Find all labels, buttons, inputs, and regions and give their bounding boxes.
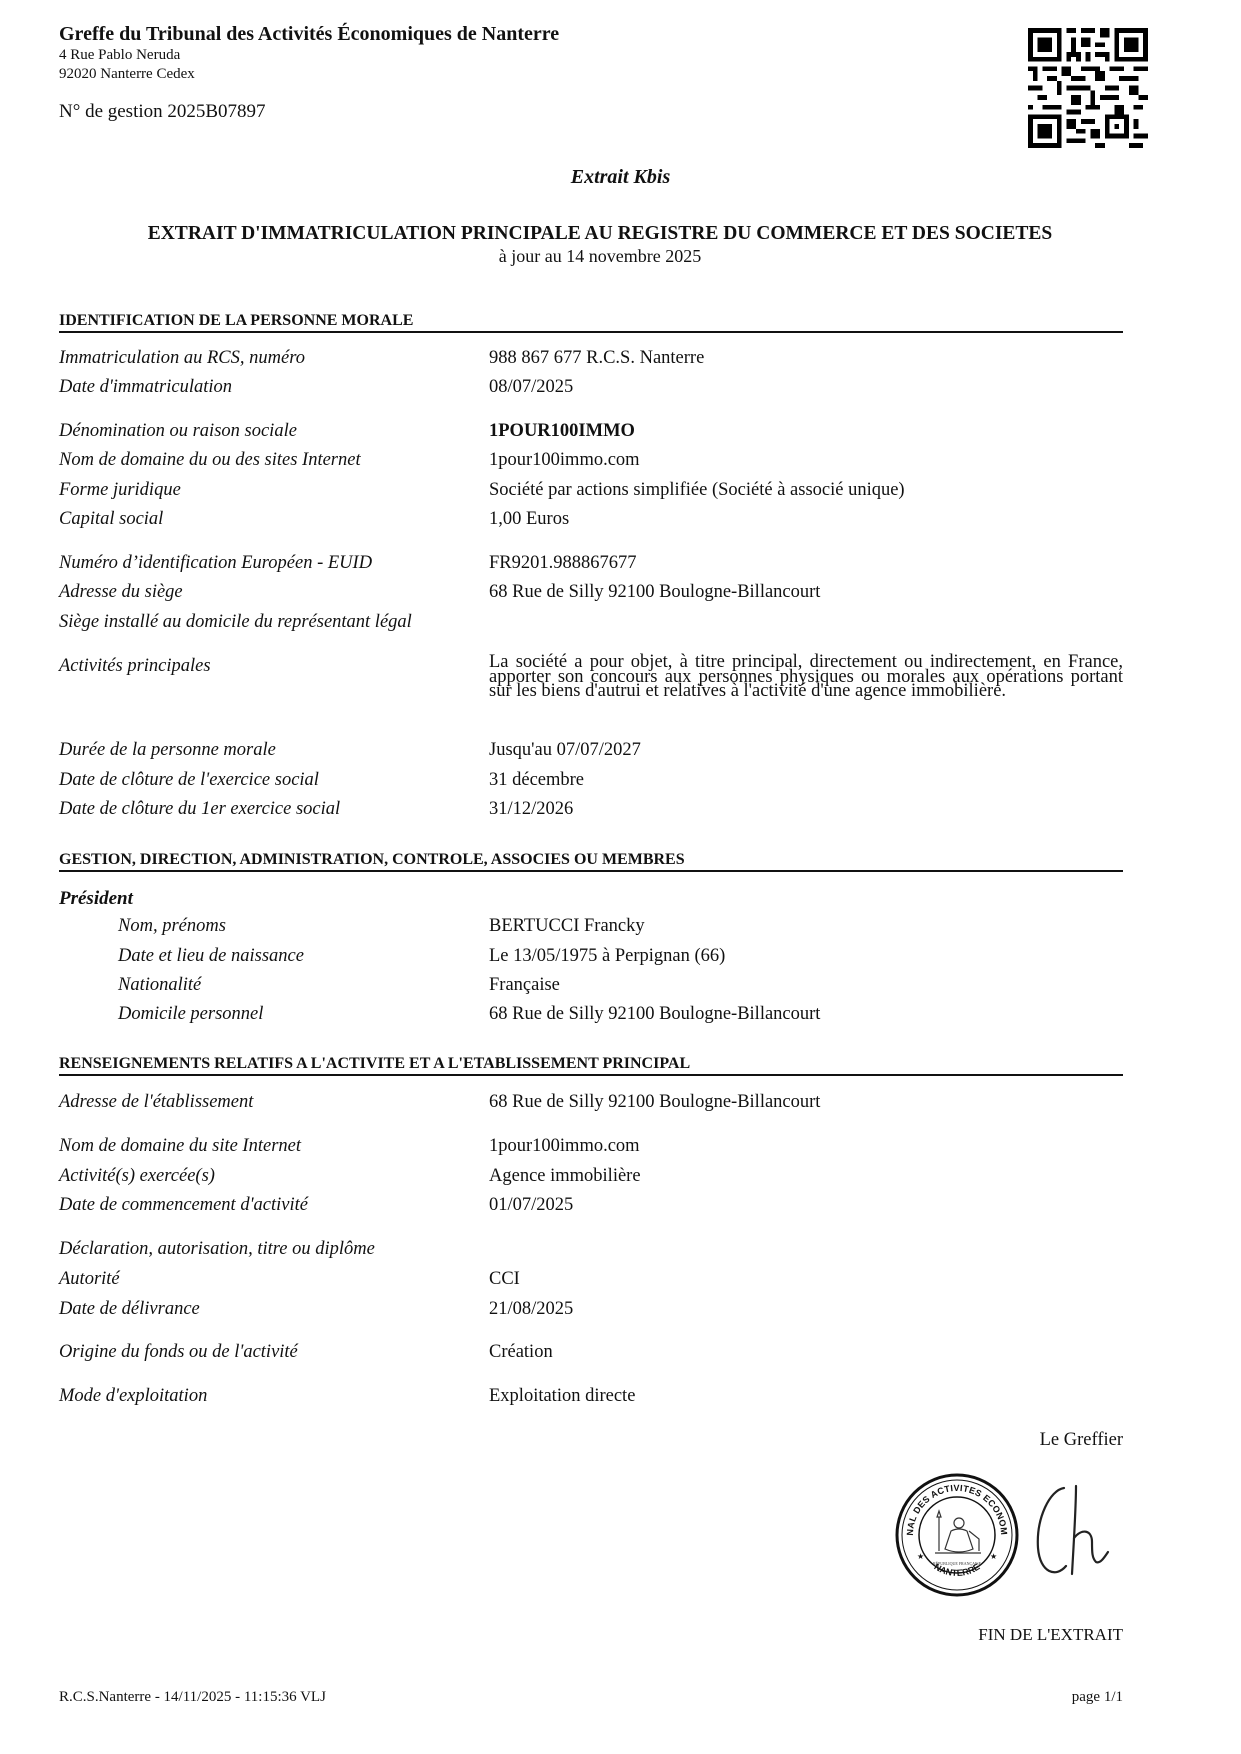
court-name: Greffe du Tribunal des Activités Économi… [59,24,559,44]
label-duration: Durée de la personne morale [59,741,276,760]
label-personal-address: Domicile personnel [118,1005,263,1024]
value-rcs-number: 988 867 677 R.C.S. Nanterre [489,349,704,368]
signature-icon [1030,1478,1120,1588]
value-fiscal-year-end: 31 décembre [489,771,584,790]
label-origin: Origine du fonds ou de l'activité [59,1343,298,1362]
section-heading-management: GESTION, DIRECTION, ADMINISTRATION, CONT… [59,852,1123,872]
label-domain-names: Nom de domaine du ou des sites Internet [59,451,361,470]
label-issue-date: Date de délivrance [59,1300,200,1319]
label-website-domain: Nom de domaine du site Internet [59,1137,301,1156]
court-address-line2: 92020 Nanterre Cedex [59,67,195,82]
value-euid: FR9201.988867677 [489,554,637,573]
value-head-office-address: 68 Rue de Silly 92100 Boulogne-Billancou… [489,583,820,602]
value-full-name: BERTUCCI Francky [489,917,645,936]
value-authority: CCI [489,1270,520,1289]
label-declaration: Déclaration, autorisation, titre ou dipl… [59,1240,375,1259]
value-issue-date: 21/08/2025 [489,1300,573,1319]
value-website-domain: 1pour100immo.com [489,1137,640,1156]
value-duration: Jusqu'au 07/07/2027 [489,741,641,760]
label-start-date: Date de commencement d'activité [59,1196,308,1215]
label-establishment-address: Adresse de l'établissement [59,1093,253,1112]
label-head-office-at-representative-home: Siège installé au domicile du représenta… [59,613,412,632]
value-nationality: Française [489,976,560,995]
label-full-name: Nom, prénoms [118,917,226,936]
update-date: à jour au 14 novembre 2025 [0,247,1200,265]
label-birth: Date et lieu de naissance [118,947,304,966]
value-birth: Le 13/05/1975 à Perpignan (66) [489,947,725,966]
label-activities-performed: Activité(s) exercée(s) [59,1167,215,1186]
signatory-title: Le Greffier [1040,1431,1123,1450]
value-registration-date: 08/07/2025 [489,378,573,397]
value-start-date: 01/07/2025 [489,1196,573,1215]
end-of-extract: FIN DE L'EXTRAIT [978,1626,1123,1643]
label-operating-mode: Mode d'exploitation [59,1387,207,1406]
value-legal-form: Société par actions simplifiée (Société … [489,481,905,500]
label-authority: Autorité [59,1270,120,1289]
label-euid: Numéro d’identification Européen - EUID [59,554,372,573]
document-kind: Extrait Kbis [0,167,1241,187]
label-company-name: Dénomination ou raison sociale [59,422,297,441]
value-establishment-address: 68 Rue de Silly 92100 Boulogne-Billancou… [489,1093,820,1112]
value-domain-names: 1pour100immo.com [489,451,640,470]
value-activities-performed: Agence immobilière [489,1167,641,1186]
value-operating-mode: Exploitation directe [489,1387,635,1406]
main-title: EXTRAIT D'IMMATRICULATION PRINCIPALE AU … [0,224,1200,244]
section-heading-identification: IDENTIFICATION DE LA PERSONNE MORALE [59,313,1123,333]
page-number: page 1/1 [1072,1690,1123,1705]
court-seal-icon: TRIBUNAL DES ACTIVITES ECONOMIQUES NANTE… [895,1473,1019,1597]
label-first-fiscal-year-end: Date de clôture du 1er exercice social [59,800,340,819]
svg-text:★: ★ [917,1552,924,1561]
section-heading-activity: RENSEIGNEMENTS RELATIFS A L'ACTIVITE ET … [59,1056,1123,1076]
svg-text:★: ★ [990,1552,997,1561]
svg-text:RÉPUBLIQUE FRANÇAISE: RÉPUBLIQUE FRANÇAISE [933,1561,982,1566]
role-president: Président [59,889,133,908]
value-company-name: 1POUR100IMMO [489,422,635,441]
value-share-capital: 1,00 Euros [489,510,569,529]
label-share-capital: Capital social [59,510,163,529]
court-address-line1: 4 Rue Pablo Neruda [59,48,180,63]
label-registration-date: Date d'immatriculation [59,378,232,397]
label-legal-form: Forme juridique [59,481,181,500]
label-rcs-number: Immatriculation au RCS, numéro [59,349,305,368]
label-fiscal-year-end: Date de clôture de l'exercice social [59,771,319,790]
value-personal-address: 68 Rue de Silly 92100 Boulogne-Billancou… [489,1005,820,1024]
label-nationality: Nationalité [118,976,201,995]
qr-code-icon [1028,28,1148,148]
value-origin: Création [489,1343,553,1362]
management-number: N° de gestion 2025B07897 [59,102,266,121]
footer-reference: R.C.S.Nanterre - 14/11/2025 - 11:15:36 V… [59,1690,326,1705]
value-main-activities: La société a pour objet, à titre princip… [489,655,1123,699]
value-first-fiscal-year-end: 31/12/2026 [489,800,573,819]
label-main-activities: Activités principales [59,657,211,676]
label-head-office-address: Adresse du siège [59,583,183,602]
